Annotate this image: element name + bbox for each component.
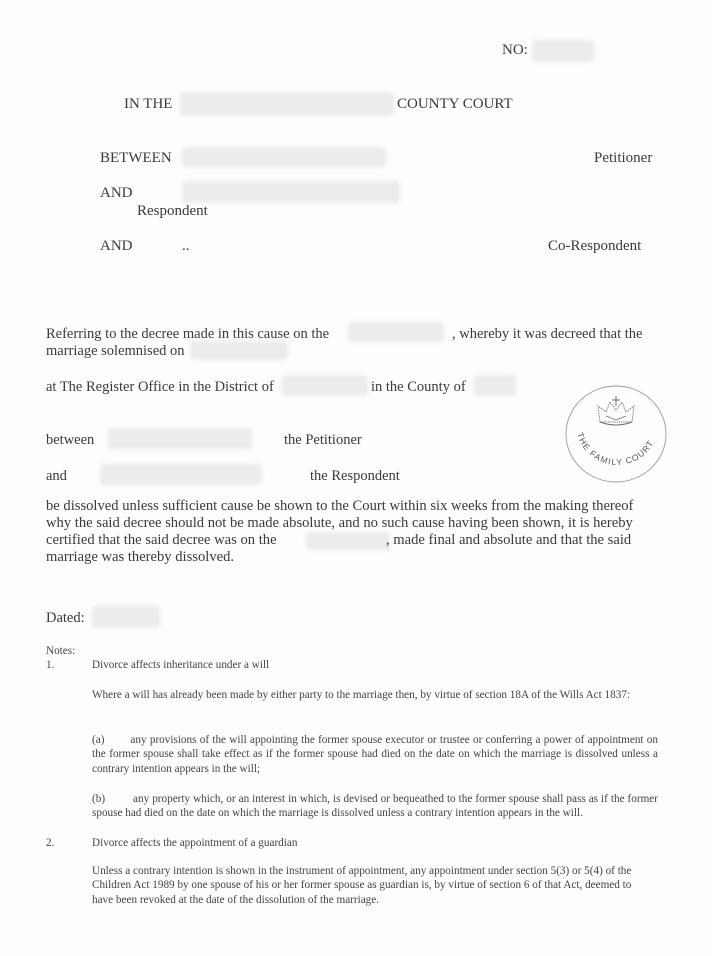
body-line-2: marriage solemnised on — [46, 343, 185, 360]
case-number-label: NO: — [502, 42, 528, 59]
co-respondent-placeholder: .. — [182, 238, 190, 255]
crown-icon — [598, 396, 634, 425]
petitioner-label: Petitioner — [594, 150, 652, 167]
respondent-label: Respondent — [137, 203, 208, 220]
redacted-absolute-date — [308, 534, 388, 548]
svg-text:THE FAMILY COURT: THE FAMILY COURT — [575, 431, 656, 467]
redacted-county — [476, 377, 514, 394]
redacted-petitioner — [110, 430, 250, 447]
note-1a: (a)any provisions of the will appointing… — [92, 733, 658, 776]
note-1b: (b)any property which, or an interest in… — [92, 792, 658, 821]
redacted-district — [284, 377, 366, 394]
dated-label: Dated: — [46, 610, 85, 627]
note-2-intro: Unless a contrary intention is shown in … — [92, 864, 652, 907]
family-court-seal: THE FAMILY COURT — [562, 382, 670, 486]
and-label: AND — [100, 185, 133, 202]
dissolution-paragraph: be dissolved unless sufficient cause be … — [46, 498, 658, 566]
note-1-intro: Where a will has already been made by ei… — [92, 688, 658, 702]
body-line-1b: , whereby it was decreed that the — [452, 326, 642, 343]
redacted-case-number — [534, 42, 592, 60]
redacted-court-name — [182, 94, 392, 114]
note-1b-label: (b) — [92, 793, 105, 805]
redacted-respondent — [102, 466, 260, 483]
the-respondent-text: the Respondent — [310, 468, 400, 485]
dissolve-line-4: marriage was thereby dissolved. — [46, 549, 658, 566]
note-2-number: 2. — [46, 837, 54, 849]
between-text: between — [46, 432, 94, 449]
dissolve-line-3a: certified that the said decree was on th… — [46, 532, 277, 548]
note-1-number: 1. — [46, 659, 54, 671]
redacted-decree-date — [350, 324, 442, 340]
note-1a-label: (a) — [92, 734, 104, 746]
notes-label: Notes: — [46, 645, 75, 657]
note-1a-text: any provisions of the will appointing th… — [92, 734, 658, 775]
between-label: BETWEEN — [100, 150, 172, 167]
co-respondent-label: Co-Respondent — [548, 238, 641, 255]
dissolve-line-3: certified that the said decree was on th… — [46, 532, 658, 549]
redacted-respondent-name — [184, 183, 398, 201]
redacted-petitioner-name — [184, 149, 384, 165]
note-1b-text: any property which, or an interest in wh… — [92, 793, 658, 819]
register-office-text: at The Register Office in the District o… — [46, 379, 274, 396]
dissolve-line-3b: , made final and absolute and that the s… — [386, 532, 631, 549]
redacted-date — [94, 608, 158, 626]
county-of-text: in the County of — [371, 379, 466, 396]
the-petitioner-text: the Petitioner — [284, 432, 362, 449]
redacted-marriage-date — [192, 343, 286, 358]
and-label-2: AND — [100, 238, 133, 255]
dissolve-line-1: be dissolved unless sufficient cause be … — [46, 498, 658, 515]
note-2-title: Divorce affects the appointment of a gua… — [92, 837, 297, 849]
note-1-title: Divorce affects inheritance under a will — [92, 659, 269, 671]
dissolve-line-2: why the said decree should not be made a… — [46, 515, 658, 532]
in-the-label: IN THE — [124, 96, 172, 113]
county-court-label: COUNTY COURT — [397, 96, 513, 113]
and-text: and — [46, 468, 67, 485]
body-line-1a: Referring to the decree made in this cau… — [46, 326, 329, 343]
